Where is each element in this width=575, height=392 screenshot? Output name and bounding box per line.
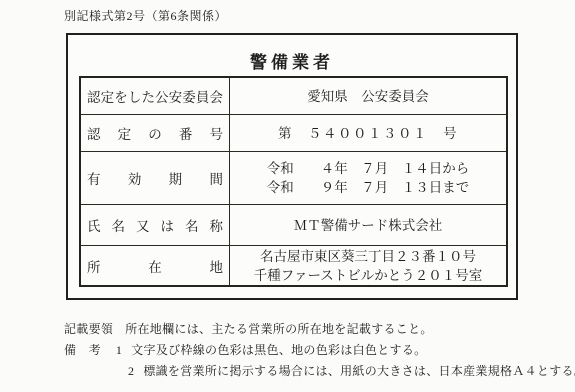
remarks-line-2: 2標識を営業所に掲示する場合には、用紙の大きさは、日本産業規格Ａ４とする。 — [128, 362, 575, 379]
table-row-cert-number: 認定の番号 第 ５４００１３０１ 号 — [81, 115, 506, 152]
remarks-label: 備 考 — [64, 341, 101, 358]
remark-1-text: 文字及び枠線の色彩は黒色、地の色彩は白色とする。 — [131, 343, 426, 357]
remark-2-number: 2 — [128, 364, 134, 379]
table-row-name: 氏名又は名称 ＭＴ警備サード株式会社 — [81, 205, 506, 246]
table-row-valid-period: 有効期間 令和 ４年 ７月 １４日から 令和 ９年 ７月 １３日まで — [81, 152, 506, 205]
table-row-commission: 認定をした公安委員会 愛知県 公安委員会 — [81, 78, 506, 115]
table-row-address: 所在地 名古屋市東区葵三丁目２３番１０号 千種ファーストビルかとう２０１号室 — [81, 246, 506, 285]
row-value-name: ＭＴ警備サード株式会社 — [230, 205, 506, 245]
row-label-name: 氏名又は名称 — [81, 205, 230, 245]
remarks-line-1: 備 考1文字及び枠線の色彩は黒色、地の色彩は白色とする。 — [64, 341, 426, 358]
remark-1-number: 1 — [116, 343, 122, 358]
row-label-valid-period: 有効期間 — [81, 152, 230, 204]
form-number-note: 別記様式第2号（第6条関係） — [64, 7, 227, 24]
sign-outer-border: 警備業者 認定をした公安委員会 愛知県 公安委員会 認定の番号 第 ５４００１３… — [66, 33, 518, 300]
entry-guide-text: 所在地欄には、主たる営業所の所在地を記載すること。 — [125, 322, 433, 336]
page-title: 警備業者 — [68, 48, 516, 73]
row-label-commission: 認定をした公安委員会 — [81, 78, 230, 114]
row-value-commission: 愛知県 公安委員会 — [230, 78, 506, 114]
row-value-address: 名古屋市東区葵三丁目２３番１０号 千種ファーストビルかとう２０１号室 — [230, 246, 506, 285]
remark-2-text: 標識を営業所に掲示する場合には、用紙の大きさは、日本産業規格Ａ４とする。 — [143, 364, 575, 378]
row-label-cert-number: 認定の番号 — [81, 115, 230, 151]
row-value-valid-period: 令和 ４年 ７月 １４日から 令和 ９年 ７月 １３日まで — [230, 152, 506, 204]
row-label-address: 所在地 — [81, 246, 230, 285]
certification-table: 認定をした公安委員会 愛知県 公安委員会 認定の番号 第 ５４００１３０１ 号 … — [79, 76, 508, 287]
row-value-cert-number: 第 ５４００１３０１ 号 — [230, 115, 506, 151]
entry-guide-line: 記載要領所在地欄には、主たる営業所の所在地を記載すること。 — [64, 320, 433, 337]
entry-guide-label: 記載要領 — [64, 320, 113, 337]
scanned-form-page: 別記様式第2号（第6条関係） 警備業者 認定をした公安委員会 愛知県 公安委員会… — [0, 0, 575, 392]
